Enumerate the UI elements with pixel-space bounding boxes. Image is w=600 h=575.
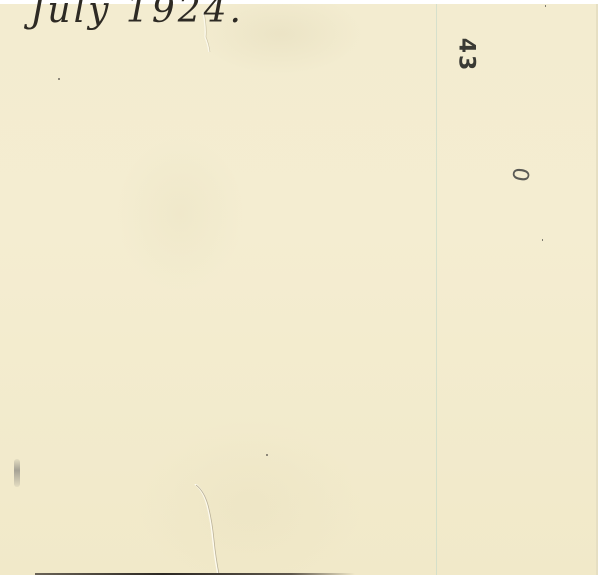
margin-ruled-line <box>436 4 437 575</box>
handwritten-date: July 1924. <box>30 0 244 31</box>
pencil-smudge <box>14 459 20 487</box>
scanned-page: July 1924. 43 0 <box>0 0 600 575</box>
paper-sheet: July 1924. 43 0 <box>0 4 598 575</box>
paper-speck <box>58 78 60 80</box>
paper-speck <box>545 5 546 7</box>
paper-right-edge <box>596 4 598 575</box>
paper-speck <box>266 454 268 456</box>
paper-crease-bottom <box>193 484 223 575</box>
pencil-number-mark: 43 <box>454 38 476 73</box>
paper-speck <box>542 239 543 241</box>
pencil-zero-mark: 0 <box>511 166 535 184</box>
